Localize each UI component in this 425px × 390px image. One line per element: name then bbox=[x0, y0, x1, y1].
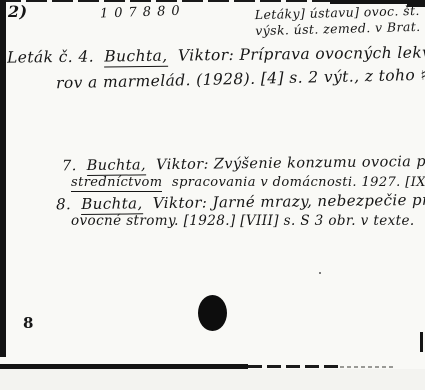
page-number: 8 bbox=[23, 314, 33, 332]
card-bottom-edge-dashes bbox=[248, 365, 340, 368]
entry-7-author-name: Buchta, bbox=[87, 157, 147, 176]
entry-8-prefix: 8. bbox=[56, 195, 71, 213]
entry-8-title-text: Viktor: Jarné mrazy, nebezpečie pre bbox=[153, 191, 425, 212]
accession-number: 107880 bbox=[100, 4, 186, 22]
card-bottom-edge-faint-dots bbox=[340, 366, 396, 368]
entry-8-line-2: ovocné stromy. [1928.] [VIII] s. S 3 obr… bbox=[71, 213, 415, 229]
entry-8-line-2-text: ovocné stromy. [1928.] [VIII] s. S 3 obr… bbox=[71, 213, 415, 229]
entry-4-title-text: Viktor: Príprava ovocných lekvá- bbox=[178, 43, 425, 64]
entry-7-line-2-underlined: stredníctvom bbox=[71, 175, 162, 192]
entry-4-prefix: Leták č. 4. bbox=[7, 48, 94, 67]
card-right-edge-line bbox=[420, 332, 423, 352]
entry-8-author-name: Buchta, bbox=[81, 194, 143, 215]
entry-7-title-text: Viktor: Zvýšenie konzumu ovocia pro- bbox=[156, 154, 425, 174]
entry-4-author-name: Buchta, bbox=[104, 47, 167, 68]
entry-7-prefix: 7. bbox=[62, 158, 77, 174]
corner-note: 2) bbox=[8, 2, 28, 21]
ink-speck bbox=[319, 272, 321, 274]
card-left-edge-bar bbox=[0, 0, 6, 357]
punch-hole-dot-icon bbox=[198, 295, 227, 331]
entry-7-line-2-text: spracovania v domácnosti. 1927. [IX] s. bbox=[172, 175, 425, 190]
provenance-note: Letáky] ústavu] ovoc. št. výsk. úst. zem… bbox=[255, 3, 421, 39]
entry-7-line-2: stredníctvom spracovania v domácnosti. 1… bbox=[71, 175, 425, 190]
scanned-catalog-card: 2) 107880 Letáky] ústavu] ovoc. št. výsk… bbox=[0, 0, 425, 390]
card-bottom-edge-line bbox=[0, 364, 248, 369]
